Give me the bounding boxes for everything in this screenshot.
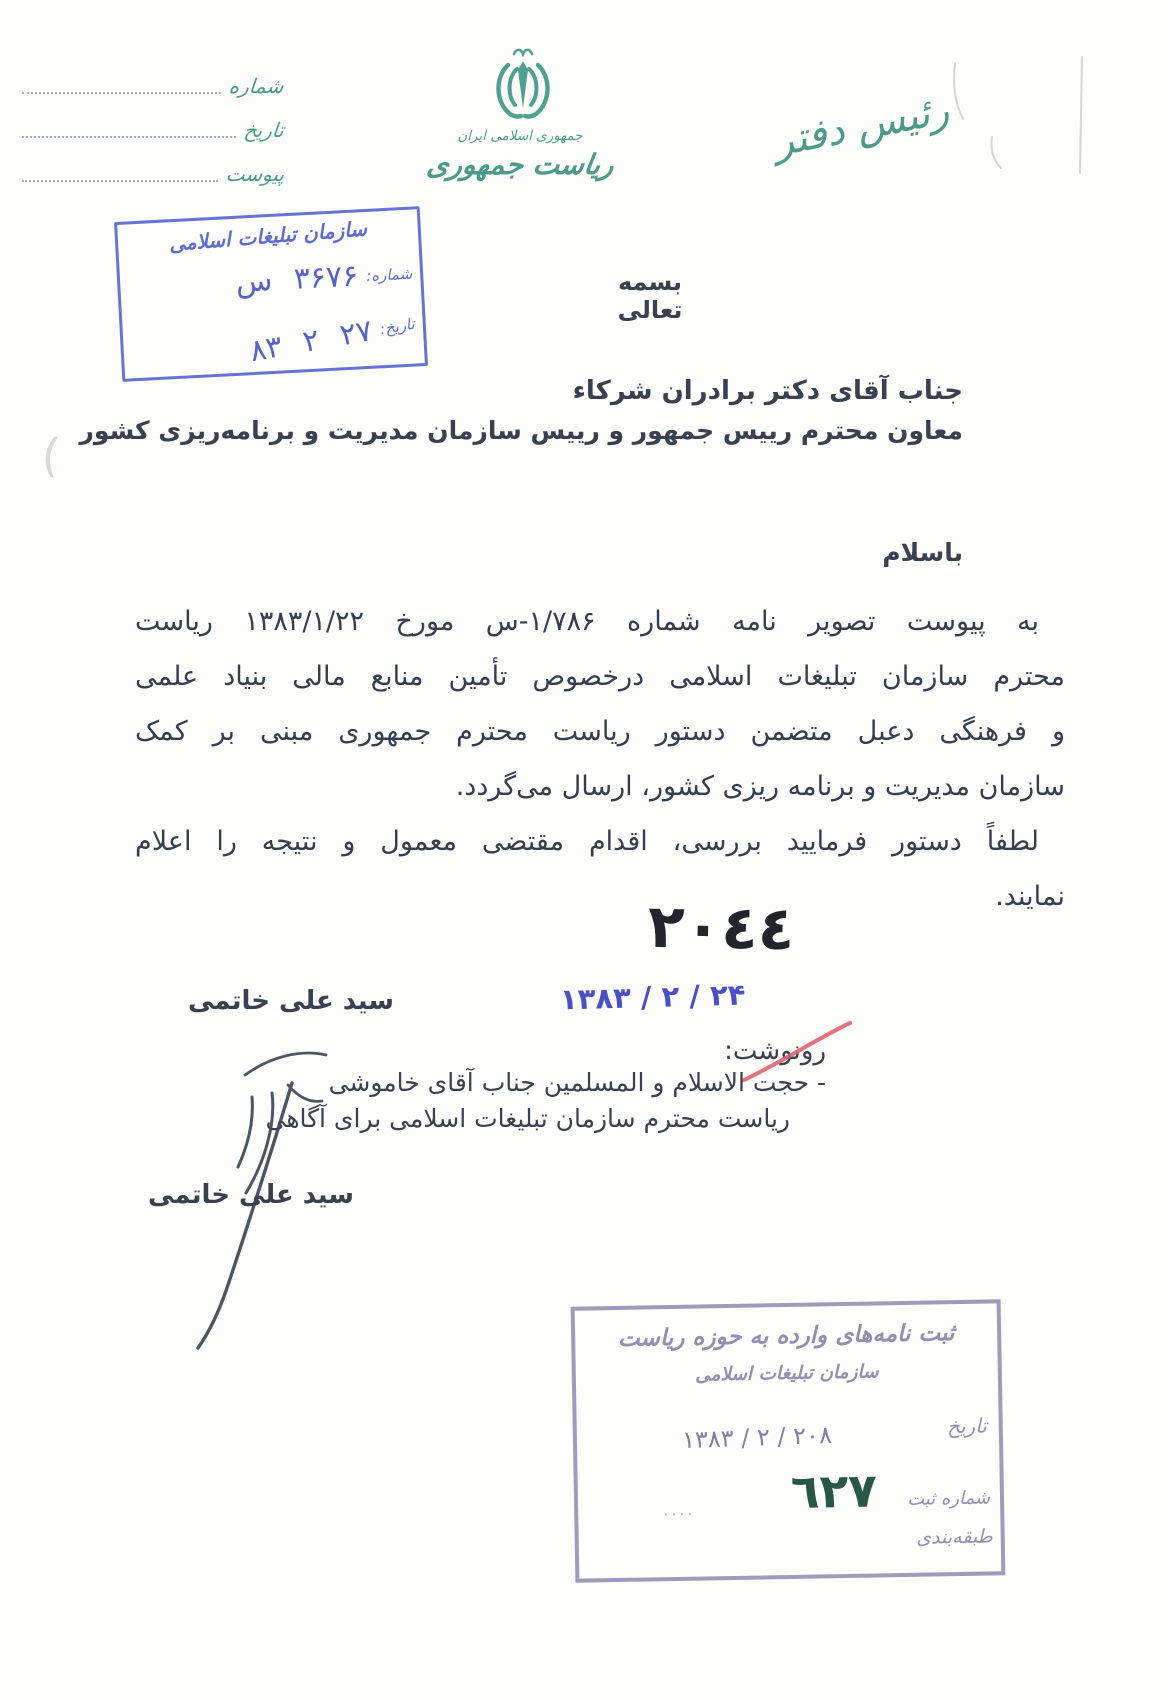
- stamp-date-row: تاریخ: ۲۷ ۲ ۸۳: [248, 306, 418, 369]
- registration-stamp-title: ثبت نامه‌های وارده به حوزه ریاست: [575, 1319, 997, 1352]
- registration-date-label: تاریخ: [947, 1414, 987, 1439]
- salutation: باسلام: [882, 538, 963, 567]
- country-name: جمهوری اسلامی ایران: [425, 128, 615, 144]
- stamp-date-value: ۲۷ ۲ ۸۳: [248, 313, 376, 369]
- copy-recipient: - حجت الاسلام و المسلمین جناب آقای خاموش…: [329, 1068, 826, 1097]
- dotted-line: [22, 136, 236, 138]
- registration-stamp-org: سازمان تبلیغات اسلامی: [576, 1359, 998, 1387]
- letterhead-field-number: شماره: [22, 70, 284, 98]
- signer-name: سید علی خاتمی: [188, 986, 394, 1016]
- recipient-block: جناب آقای دکتر برادران شرکاء معاون محترم…: [80, 376, 963, 445]
- attachment-field-label: پیوست: [224, 162, 285, 186]
- scan-artifact-mark: (: [39, 427, 62, 483]
- letter-body: به پیوست تصویر نامه شماره ۱/۷۸۶-س مورخ ۱…: [135, 594, 1065, 924]
- body-line: نمایند.: [135, 869, 1065, 924]
- body-line: و فرهنگی دعبل متضمن دستور ریاست محترم جم…: [135, 704, 1065, 759]
- handwritten-reference-number: ٢٠٤٤: [647, 892, 795, 965]
- stamp-number-label: شماره:: [366, 264, 413, 284]
- stamp-number-row: شماره: ۳۶۷۶ س: [235, 256, 413, 300]
- scanned-official-letter: شماره تاریخ پیوست جمهوری اسلامی ایران ری…: [0, 0, 1168, 1700]
- besmellah-invocation: بسمه تعالی: [583, 268, 717, 324]
- pencil-marks: [930, 45, 1095, 195]
- classification-label: طبقه‌بندی: [916, 1525, 993, 1548]
- recipient-name: جناب آقای دکتر برادران شرکاء: [80, 376, 963, 406]
- stamp-date-label: تاریخ:: [379, 314, 417, 338]
- body-line: به پیوست تصویر نامه شماره ۱/۷۸۶-س مورخ ۱…: [135, 594, 1065, 649]
- number-field-label: شماره: [228, 74, 285, 98]
- registration-date-value: ۲۰۸ / ۲ / ۱۳۸۳: [635, 1419, 880, 1455]
- receipt-stamp-islamic-propagation-org: سازمان تبلیغات اسلامی شماره: ۳۶۷۶ س تاری…: [114, 206, 428, 382]
- signature-printed-name: سید علی خاتمی: [148, 1180, 354, 1210]
- body-line: سازمان مدیریت و برنامه ریزی کشور، ارسال …: [135, 759, 1065, 814]
- dotted-line: [22, 92, 221, 94]
- letterhead-field-attachment: پیوست: [22, 158, 284, 186]
- stamp-org-name: سازمان تبلیغات اسلامی: [117, 212, 418, 259]
- blue-date-stamp: ۲۴ / ۲ / ۱۳۸۳: [560, 978, 746, 1017]
- date-field-label: تاریخ: [243, 118, 285, 142]
- registration-stamp: ثبت نامه‌های وارده به حوزه ریاست سازمان …: [571, 1299, 1006, 1582]
- stamp-ink-marks: ····: [663, 1505, 696, 1525]
- letterhead-field-date: تاریخ: [22, 114, 284, 142]
- dotted-line: [22, 180, 218, 182]
- presidency-office-title: ریاست جمهوری: [411, 148, 631, 181]
- registration-number-value: ٦٢٧: [790, 1463, 877, 1519]
- registration-number-label: شماره ثبت: [907, 1487, 990, 1509]
- iran-emblem-icon: [478, 44, 568, 134]
- body-line: لطفاً دستور فرمایید بررسی، اقدام مقتضی م…: [135, 814, 1065, 869]
- stamp-number-value: ۳۶۷۶ س: [235, 258, 359, 299]
- copy-recipient: ریاست محترم سازمان تبلیغات اسلامی برای آ…: [266, 1104, 791, 1133]
- body-line: محترم سازمان تبلیغات اسلامی درخصوص تأمین…: [135, 649, 1065, 704]
- recipient-title: معاون محترم رییس جمهور و رییس سازمان مدی…: [80, 416, 963, 445]
